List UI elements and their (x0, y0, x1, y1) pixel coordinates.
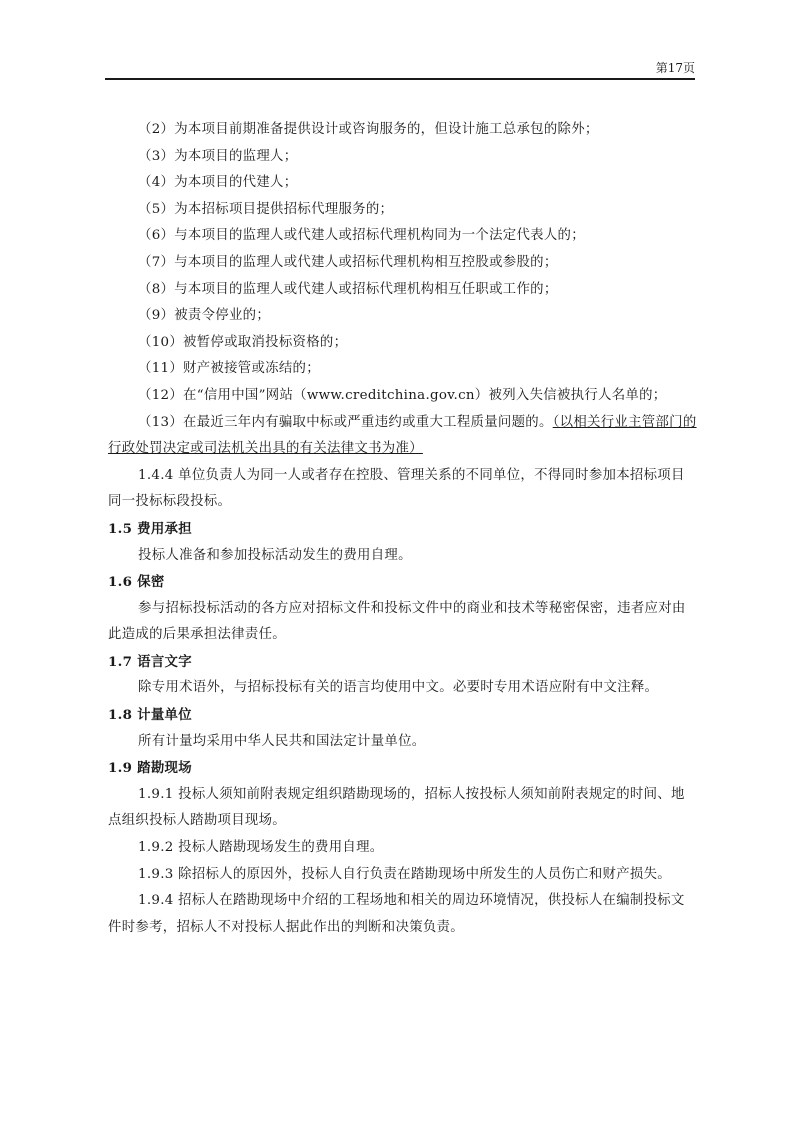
paragraph: 参与招标投标活动的各方应对招标文件和投标文件中的商业和技术等秘密保密，违者应对由 (108, 596, 696, 623)
list-item: （11）财产被接管或冻结的； (108, 356, 696, 383)
list-item: （5）为本招标项目提供招标代理服务的； (108, 197, 696, 224)
clause-1-9-2: 1.9.2 投标人踏勘现场发生的费用自理。 (108, 835, 696, 862)
underlined-note: （以相关行业主管部门的 (553, 415, 697, 430)
list-item-continuation: 行政处罚决定或司法机关出具的有关法律文书为准） (108, 436, 696, 463)
list-item: （7）与本项目的监理人或代建人或招标代理机构相互控股或参股的； (108, 250, 696, 277)
clause-1-9-1: 1.9.1 投标人须知前附表规定组织踏勘现场的，招标人按投标人须知前附表规定的时… (108, 782, 696, 809)
list-item: （9）被责令停业的； (108, 303, 696, 330)
section-heading: 1.8 计量单位 (108, 702, 696, 729)
document-body: （2）为本项目前期准备提供设计或咨询服务的，但设计施工总承包的除外； （3）为本… (108, 117, 696, 941)
clause-1-4-4: 1.4.4 单位负责人为同一人或者存在控股、管理关系的不同单位，不得同时参加本招… (108, 463, 696, 490)
list-item: （6）与本项目的监理人或代建人或招标代理机构同为一个法定代表人的； (108, 223, 696, 250)
clause-1-9-4-continuation: 件时参考，招标人不对投标人据此作出的判断和决策负责。 (108, 915, 696, 942)
list-item: （13）在最近三年内有骗取中标或严重违约或重大工程质量问题的。（以相关行业主管部… (108, 410, 696, 437)
list-item: （2）为本项目前期准备提供设计或咨询服务的，但设计施工总承包的除外； (108, 117, 696, 144)
paragraph-continuation: 此造成的后果承担法律责任。 (108, 622, 696, 649)
list-item: （8）与本项目的监理人或代建人或招标代理机构相互任职或工作的； (108, 277, 696, 304)
underlined-note: 行政处罚决定或司法机关出具的有关法律文书为准） (108, 441, 423, 456)
list-item: （3）为本项目的监理人； (108, 144, 696, 171)
section-heading: 1.6 保密 (108, 569, 696, 596)
list-item: （4）为本项目的代建人； (108, 170, 696, 197)
page-number: 第17页 (656, 61, 695, 75)
clause-1-9-1-continuation: 点组织投标人踏勘项目现场。 (108, 808, 696, 835)
list-item-text: （13）在最近三年内有骗取中标或严重违约或重大工程质量问题的。 (138, 415, 553, 430)
clause-1-9-3: 1.9.3 除招标人的原因外，投标人自行负责在踏勘现场中所发生的人员伤亡和财产损… (108, 862, 696, 889)
list-item: （12）在“信用中国”网站（www.creditchina.gov.cn）被列入… (108, 383, 696, 410)
section-heading: 1.9 踏勘现场 (108, 755, 696, 782)
clause-1-9-4: 1.9.4 招标人在踏勘现场中介绍的工程场地和相关的周边环境情况，供投标人在编制… (108, 888, 696, 915)
list-item: （10）被暂停或取消投标资格的； (108, 330, 696, 357)
header-rule (105, 78, 695, 80)
paragraph: 所有计量均采用中华人民共和国法定计量单位。 (108, 729, 696, 756)
paragraph: 投标人准备和参加投标活动发生的费用自理。 (108, 543, 696, 570)
section-heading: 1.7 语言文字 (108, 649, 696, 676)
section-heading: 1.5 费用承担 (108, 516, 696, 543)
clause-1-4-4-continuation: 同一投标标段投标。 (108, 489, 696, 516)
paragraph: 除专用术语外，与招标投标有关的语言均使用中文。必要时专用术语应附有中文注释。 (108, 675, 696, 702)
